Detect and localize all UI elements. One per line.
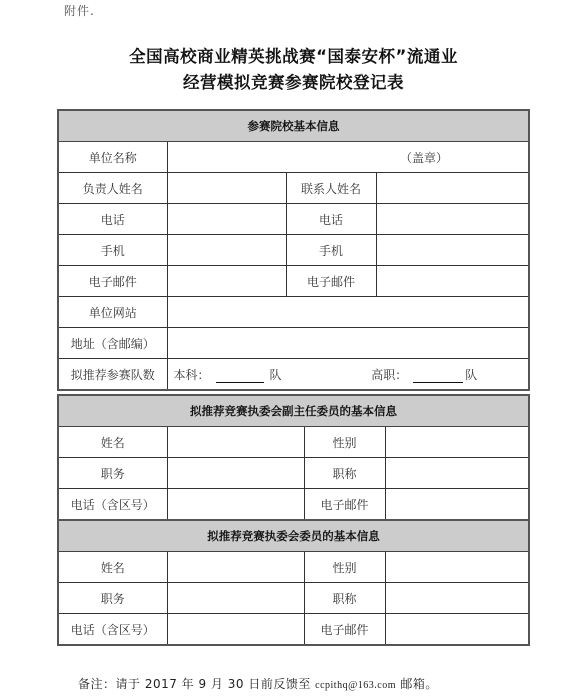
undergrad-count-blank[interactable]: [216, 370, 264, 383]
contact-email-label: 电子邮件: [286, 266, 376, 297]
seal-note: （盖章）: [168, 149, 529, 166]
m-name-label: 姓名: [58, 552, 167, 583]
footnote: 备注：请于 2017 年 9 月 30 日前反馈至 ccpithq@163.co…: [78, 675, 438, 692]
section2-header: 拟推荐竞赛执委会副主任委员的基本信息: [58, 395, 529, 427]
m-name-field[interactable]: [167, 552, 304, 583]
m-email-field[interactable]: [385, 614, 529, 646]
attachment-label: 附件.: [64, 2, 95, 19]
table-row: 职务 职称: [58, 583, 529, 614]
vd-position-label: 职务: [58, 458, 167, 489]
table-row: 电话 电话: [58, 204, 529, 235]
m-gender-field[interactable]: [385, 552, 529, 583]
vd-title-field[interactable]: [385, 458, 529, 489]
contact-email-field[interactable]: [376, 266, 529, 297]
table-row: 单位名称 （盖章）: [58, 142, 529, 173]
address-label: 地址（含邮编）: [58, 328, 167, 359]
vd-gender-label: 性别: [304, 427, 385, 458]
vocational-count-blank[interactable]: [413, 370, 463, 383]
table-row: 地址（含邮编）: [58, 328, 529, 359]
page-title-line2: 经营模拟竞赛参赛院校登记表: [0, 69, 587, 93]
undergrad-label: 本科：: [174, 366, 210, 383]
table-row: 姓名 性别: [58, 427, 529, 458]
vd-phone-field[interactable]: [167, 489, 304, 521]
contact-mobile-label: 手机: [286, 235, 376, 266]
note-prefix: 备注：请于 2017 年 9 月 30 日前反馈至: [78, 677, 315, 691]
vocational-label: 高职：: [371, 366, 407, 383]
website-label: 单位网站: [58, 297, 167, 328]
leader-email-field[interactable]: [167, 266, 286, 297]
leader-email-label: 电子邮件: [58, 266, 167, 297]
section-header-row: 拟推荐竞赛执委会委员的基本信息: [58, 520, 529, 552]
leader-mobile-field[interactable]: [167, 235, 286, 266]
table-row: 手机 手机: [58, 235, 529, 266]
vocational-unit: 队: [465, 366, 477, 383]
leader-name-label: 负责人姓名: [58, 173, 167, 204]
leader-phone-field[interactable]: [167, 204, 286, 235]
leader-mobile-label: 手机: [58, 235, 167, 266]
note-email: ccpithq@163.com: [315, 680, 396, 691]
m-phone-field[interactable]: [167, 614, 304, 646]
vice-director-table: 拟推荐竞赛执委会副主任委员的基本信息 姓名 性别 职务 职称 电话（含区号） 电…: [57, 394, 530, 646]
vd-email-field[interactable]: [385, 489, 529, 521]
vd-gender-field[interactable]: [385, 427, 529, 458]
m-gender-label: 性别: [304, 552, 385, 583]
vd-email-label: 电子邮件: [304, 489, 385, 521]
m-email-label: 电子邮件: [304, 614, 385, 646]
vd-title-label: 职称: [304, 458, 385, 489]
address-field[interactable]: [167, 328, 529, 359]
vd-name-label: 姓名: [58, 427, 167, 458]
table-row: 电话（含区号） 电子邮件: [58, 614, 529, 646]
contact-mobile-field[interactable]: [376, 235, 529, 266]
undergrad-unit: 队: [270, 366, 282, 383]
table-row: 负责人姓名 联系人姓名: [58, 173, 529, 204]
contact-name-label: 联系人姓名: [286, 173, 376, 204]
teams-field: 本科：队 高职：队: [167, 359, 529, 391]
contact-phone-field[interactable]: [376, 204, 529, 235]
table-row: 电话（含区号） 电子邮件: [58, 489, 529, 521]
contact-name-field[interactable]: [376, 173, 529, 204]
unit-name-label: 单位名称: [58, 142, 167, 173]
m-phone-label: 电话（含区号）: [58, 614, 167, 646]
m-title-label: 职称: [304, 583, 385, 614]
table-row: 电子邮件 电子邮件: [58, 266, 529, 297]
table-row: 拟推荐参赛队数 本科：队 高职：队: [58, 359, 529, 391]
m-position-field[interactable]: [167, 583, 304, 614]
vd-position-field[interactable]: [167, 458, 304, 489]
table-row: 姓名 性别: [58, 552, 529, 583]
vd-name-field[interactable]: [167, 427, 304, 458]
section3-header: 拟推荐竞赛执委会委员的基本信息: [58, 520, 529, 552]
note-suffix: 邮箱。: [396, 677, 438, 691]
teams-label: 拟推荐参赛队数: [58, 359, 167, 391]
m-title-field[interactable]: [385, 583, 529, 614]
leader-name-field[interactable]: [167, 173, 286, 204]
registration-form-table: 参赛院校基本信息 单位名称 （盖章） 负责人姓名 联系人姓名 电话 电话 手机 …: [57, 109, 530, 391]
page-title-line1: 全国高校商业精英挑战赛“国泰安杯”流通业: [0, 43, 587, 67]
table-row: 单位网站: [58, 297, 529, 328]
table-row: 职务 职称: [58, 458, 529, 489]
m-position-label: 职务: [58, 583, 167, 614]
contact-phone-label: 电话: [286, 204, 376, 235]
leader-phone-label: 电话: [58, 204, 167, 235]
unit-name-field[interactable]: （盖章）: [167, 142, 529, 173]
section-header-row: 拟推荐竞赛执委会副主任委员的基本信息: [58, 395, 529, 427]
vd-phone-label: 电话（含区号）: [58, 489, 167, 521]
section-header-row: 参赛院校基本信息: [58, 110, 529, 142]
website-field[interactable]: [167, 297, 529, 328]
section1-header: 参赛院校基本信息: [58, 110, 529, 142]
